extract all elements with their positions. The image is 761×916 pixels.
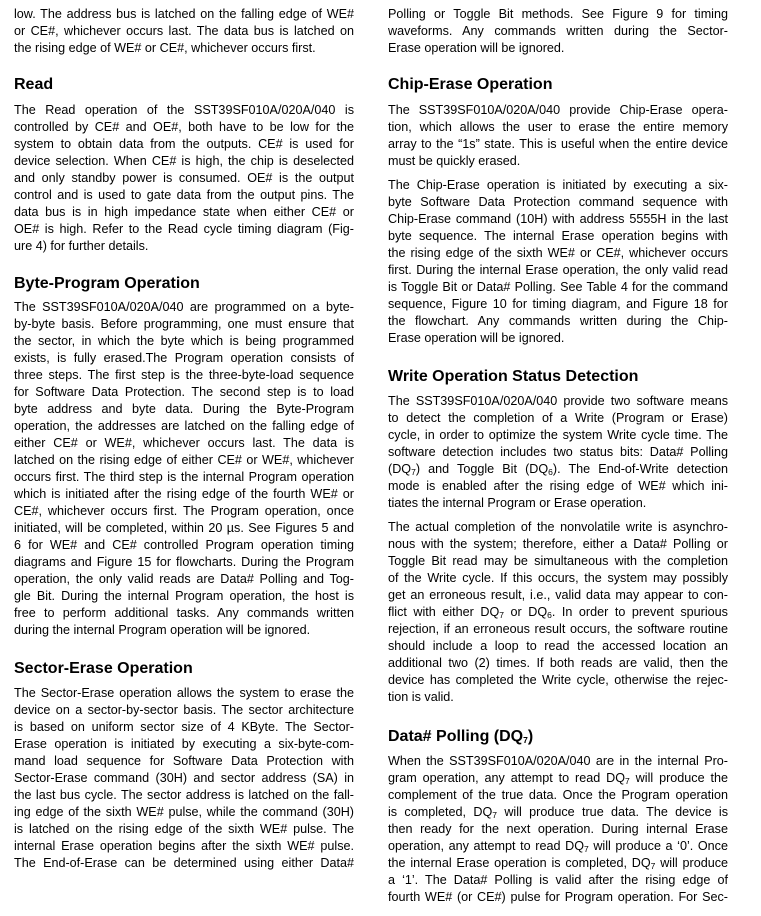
- text-line: free to perform additional tasks. Any co…: [14, 605, 354, 622]
- text-line: additional two (2) times. If both reads …: [388, 655, 728, 672]
- text-line: The SST39SF010A/020A/040 are programmed …: [14, 299, 354, 316]
- text-line: data bus is in high impedance state when…: [14, 204, 354, 221]
- heading-text: Data# Polling (DQ: [388, 728, 523, 745]
- text-line: (DQ7) and Toggle Bit (DQ6). The End-of-W…: [388, 461, 728, 478]
- text-line: must be quickly erased.: [388, 153, 728, 170]
- text-line: sequence, Figure 10 for timing diagram, …: [388, 296, 728, 313]
- text-line: The Sector-Erase operation allows the sy…: [14, 685, 354, 702]
- text-line: OE# is high. Refer to the Read cycle tim…: [14, 221, 354, 238]
- text-line: Erase operation will be ignored.: [388, 330, 728, 347]
- text-line: by-byte basis. Before programming, one m…: [14, 316, 354, 333]
- text-line: controlled by CE# and OE#, both have to …: [14, 119, 354, 136]
- text-line: during the internal Program operation wi…: [14, 622, 354, 639]
- text-line: the internal Erase operation is complete…: [388, 855, 728, 872]
- text-line: The SST39SF010A/020A/040 provide Chip-Er…: [388, 102, 728, 119]
- text-line: low. The address bus is latched on the f…: [14, 6, 354, 23]
- text-line: flict with either DQ7 or DQ6. In order t…: [388, 604, 728, 621]
- text-line: waveforms. Any commands written during t…: [388, 23, 728, 40]
- text-line: operation, any attempt to read DQ7 will …: [388, 838, 728, 855]
- text-line: the rising edge of the sixth WE# or CE#,…: [388, 245, 728, 262]
- text-line: 6 for WE# and CE# controlled Program ope…: [14, 537, 354, 554]
- text-line: gram operation, any attempt to read DQ7 …: [388, 770, 728, 787]
- text-line: The End-of-Erase can be determined using…: [14, 855, 354, 872]
- text-line: initiated, will be completed, within 20 …: [14, 520, 354, 537]
- text-line: the last bus cycle. The sector address i…: [14, 787, 354, 804]
- text-line: byte sequence. The internal Erase operat…: [388, 228, 728, 245]
- text-line: The actual completion of the nonvolatile…: [388, 519, 728, 536]
- text-line: latched on the rising edge of either CE#…: [14, 452, 354, 469]
- text-line: rejection, if an erroneous result occurs…: [388, 621, 728, 638]
- text-line: The Read operation of the SST39SF010A/02…: [14, 102, 354, 119]
- text-line: to detect the completion of a Write (Pro…: [388, 410, 728, 427]
- section-heading-read: Read: [14, 75, 53, 95]
- text-line: system to obtain data from the outputs. …: [14, 136, 354, 153]
- text-line: mode is enabled after the rising edge of…: [388, 478, 728, 495]
- text-line: Polling or Toggle Bit methods. See Figur…: [388, 6, 728, 23]
- text-line: operation, the only valid reads are Data…: [14, 571, 354, 588]
- section-heading-byte-program: Byte-Program Operation: [14, 274, 200, 294]
- text-line: and only standby power is consumed. OE# …: [14, 170, 354, 187]
- section-heading-write-status: Write Operation Status Detection: [388, 367, 638, 387]
- text-line: Sector-Erase command (30H) and sector ad…: [14, 770, 354, 787]
- text-line: software detection includes two status b…: [388, 444, 728, 461]
- text-line: a ‘1’. The Data# Polling is valid after …: [388, 872, 728, 889]
- section-heading-sector-erase: Sector-Erase Operation: [14, 659, 193, 679]
- text-line: is Toggle Bit or Data# Polling. See Tabl…: [388, 279, 728, 296]
- text-line: The SST39SF010A/020A/040 provide two sof…: [388, 393, 728, 410]
- text-line: device on a sector-by-sector basis. The …: [14, 702, 354, 719]
- text-line: Toggle Bit read may be simultaneous with…: [388, 553, 728, 570]
- text-line: fourth WE# (or CE#) pulse for Program op…: [388, 889, 728, 906]
- text-line: array to the “1s” state. This is useful …: [388, 136, 728, 153]
- text-line: tiates the internal Program or Erase ope…: [388, 495, 728, 512]
- text-line: When the SST39SF010A/020A/040 are in the…: [388, 753, 728, 770]
- text-line: get an erroneous result, i.e., valid dat…: [388, 587, 728, 604]
- text-line: the rising edge of WE# or CE#, whichever…: [14, 40, 354, 57]
- heading-close: ): [528, 728, 533, 745]
- text-line: device selection. When CE# is high, the …: [14, 153, 354, 170]
- text-line: is based on uniform sector size of 4 KBy…: [14, 719, 354, 736]
- text-line: mand load sequence for Software Data Pro…: [14, 753, 354, 770]
- text-line: cycle, in order to optimize the system W…: [388, 427, 728, 444]
- section-heading-chip-erase: Chip-Erase Operation: [388, 75, 552, 95]
- text-line: of the Write cycle. If this occurs, the …: [388, 570, 728, 587]
- text-line: should include a loop to read the access…: [388, 638, 728, 655]
- text-line: diagrams and Figure 15 for flowcharts. D…: [14, 554, 354, 571]
- text-line: device has completed the Write cycle, ot…: [388, 672, 728, 689]
- text-line: Erase operation will be ignored.: [388, 40, 728, 57]
- text-line: operation, the addresses are latched on …: [14, 418, 354, 435]
- text-line: then ready for the next operation. Durin…: [388, 821, 728, 838]
- text-line: occurs first. The third step is the inte…: [14, 469, 354, 486]
- text-line: byte Software Data Protection command se…: [388, 194, 728, 211]
- text-line: or CE#, whichever occurs last. The data …: [14, 23, 354, 40]
- text-line: control and is used to gate data from th…: [14, 187, 354, 204]
- text-line: three steps. The first step is the three…: [14, 367, 354, 384]
- text-line: is completed, DQ7 will produce true data…: [388, 804, 728, 821]
- text-line: the sector, in which the byte which is b…: [14, 333, 354, 350]
- text-line: Erase operation is initiated by executin…: [14, 736, 354, 753]
- text-line: first. During the internal Erase operati…: [388, 262, 728, 279]
- text-line: ure 4) for further details.: [14, 238, 354, 255]
- text-line: Chip-Erase command (10H) with address 55…: [388, 211, 728, 228]
- section-heading-data-polling: Data# Polling (DQ7): [388, 727, 533, 747]
- text-line: tion, which allows the user to erase the…: [388, 119, 728, 136]
- text-line: ing edge of the sixth WE# pulse, while t…: [14, 804, 354, 821]
- text-line: is latched on the rising edge of the six…: [14, 821, 354, 838]
- text-line: which is initiated after the rising edge…: [14, 486, 354, 503]
- text-line: nous with the system; therefore, either …: [388, 536, 728, 553]
- text-line: exists, is fully erased.The Program oper…: [14, 350, 354, 367]
- text-line: internal Erase operation begins after th…: [14, 838, 354, 855]
- text-line: tion is valid.: [388, 689, 728, 706]
- text-line: for Software Data Protection. The second…: [14, 384, 354, 401]
- text-line: either CE# or WE#, whichever occurs last…: [14, 435, 354, 452]
- text-line: CE#, whichever occurs first. The Program…: [14, 503, 354, 520]
- text-line: gle Bit. During the internal Program ope…: [14, 588, 354, 605]
- text-line: the flowchart. Any commands written duri…: [388, 313, 728, 330]
- text-line: complement of the true data. Once the Pr…: [388, 787, 728, 804]
- text-line: byte address and byte data. During the B…: [14, 401, 354, 418]
- text-line: The Chip-Erase operation is initiated by…: [388, 177, 728, 194]
